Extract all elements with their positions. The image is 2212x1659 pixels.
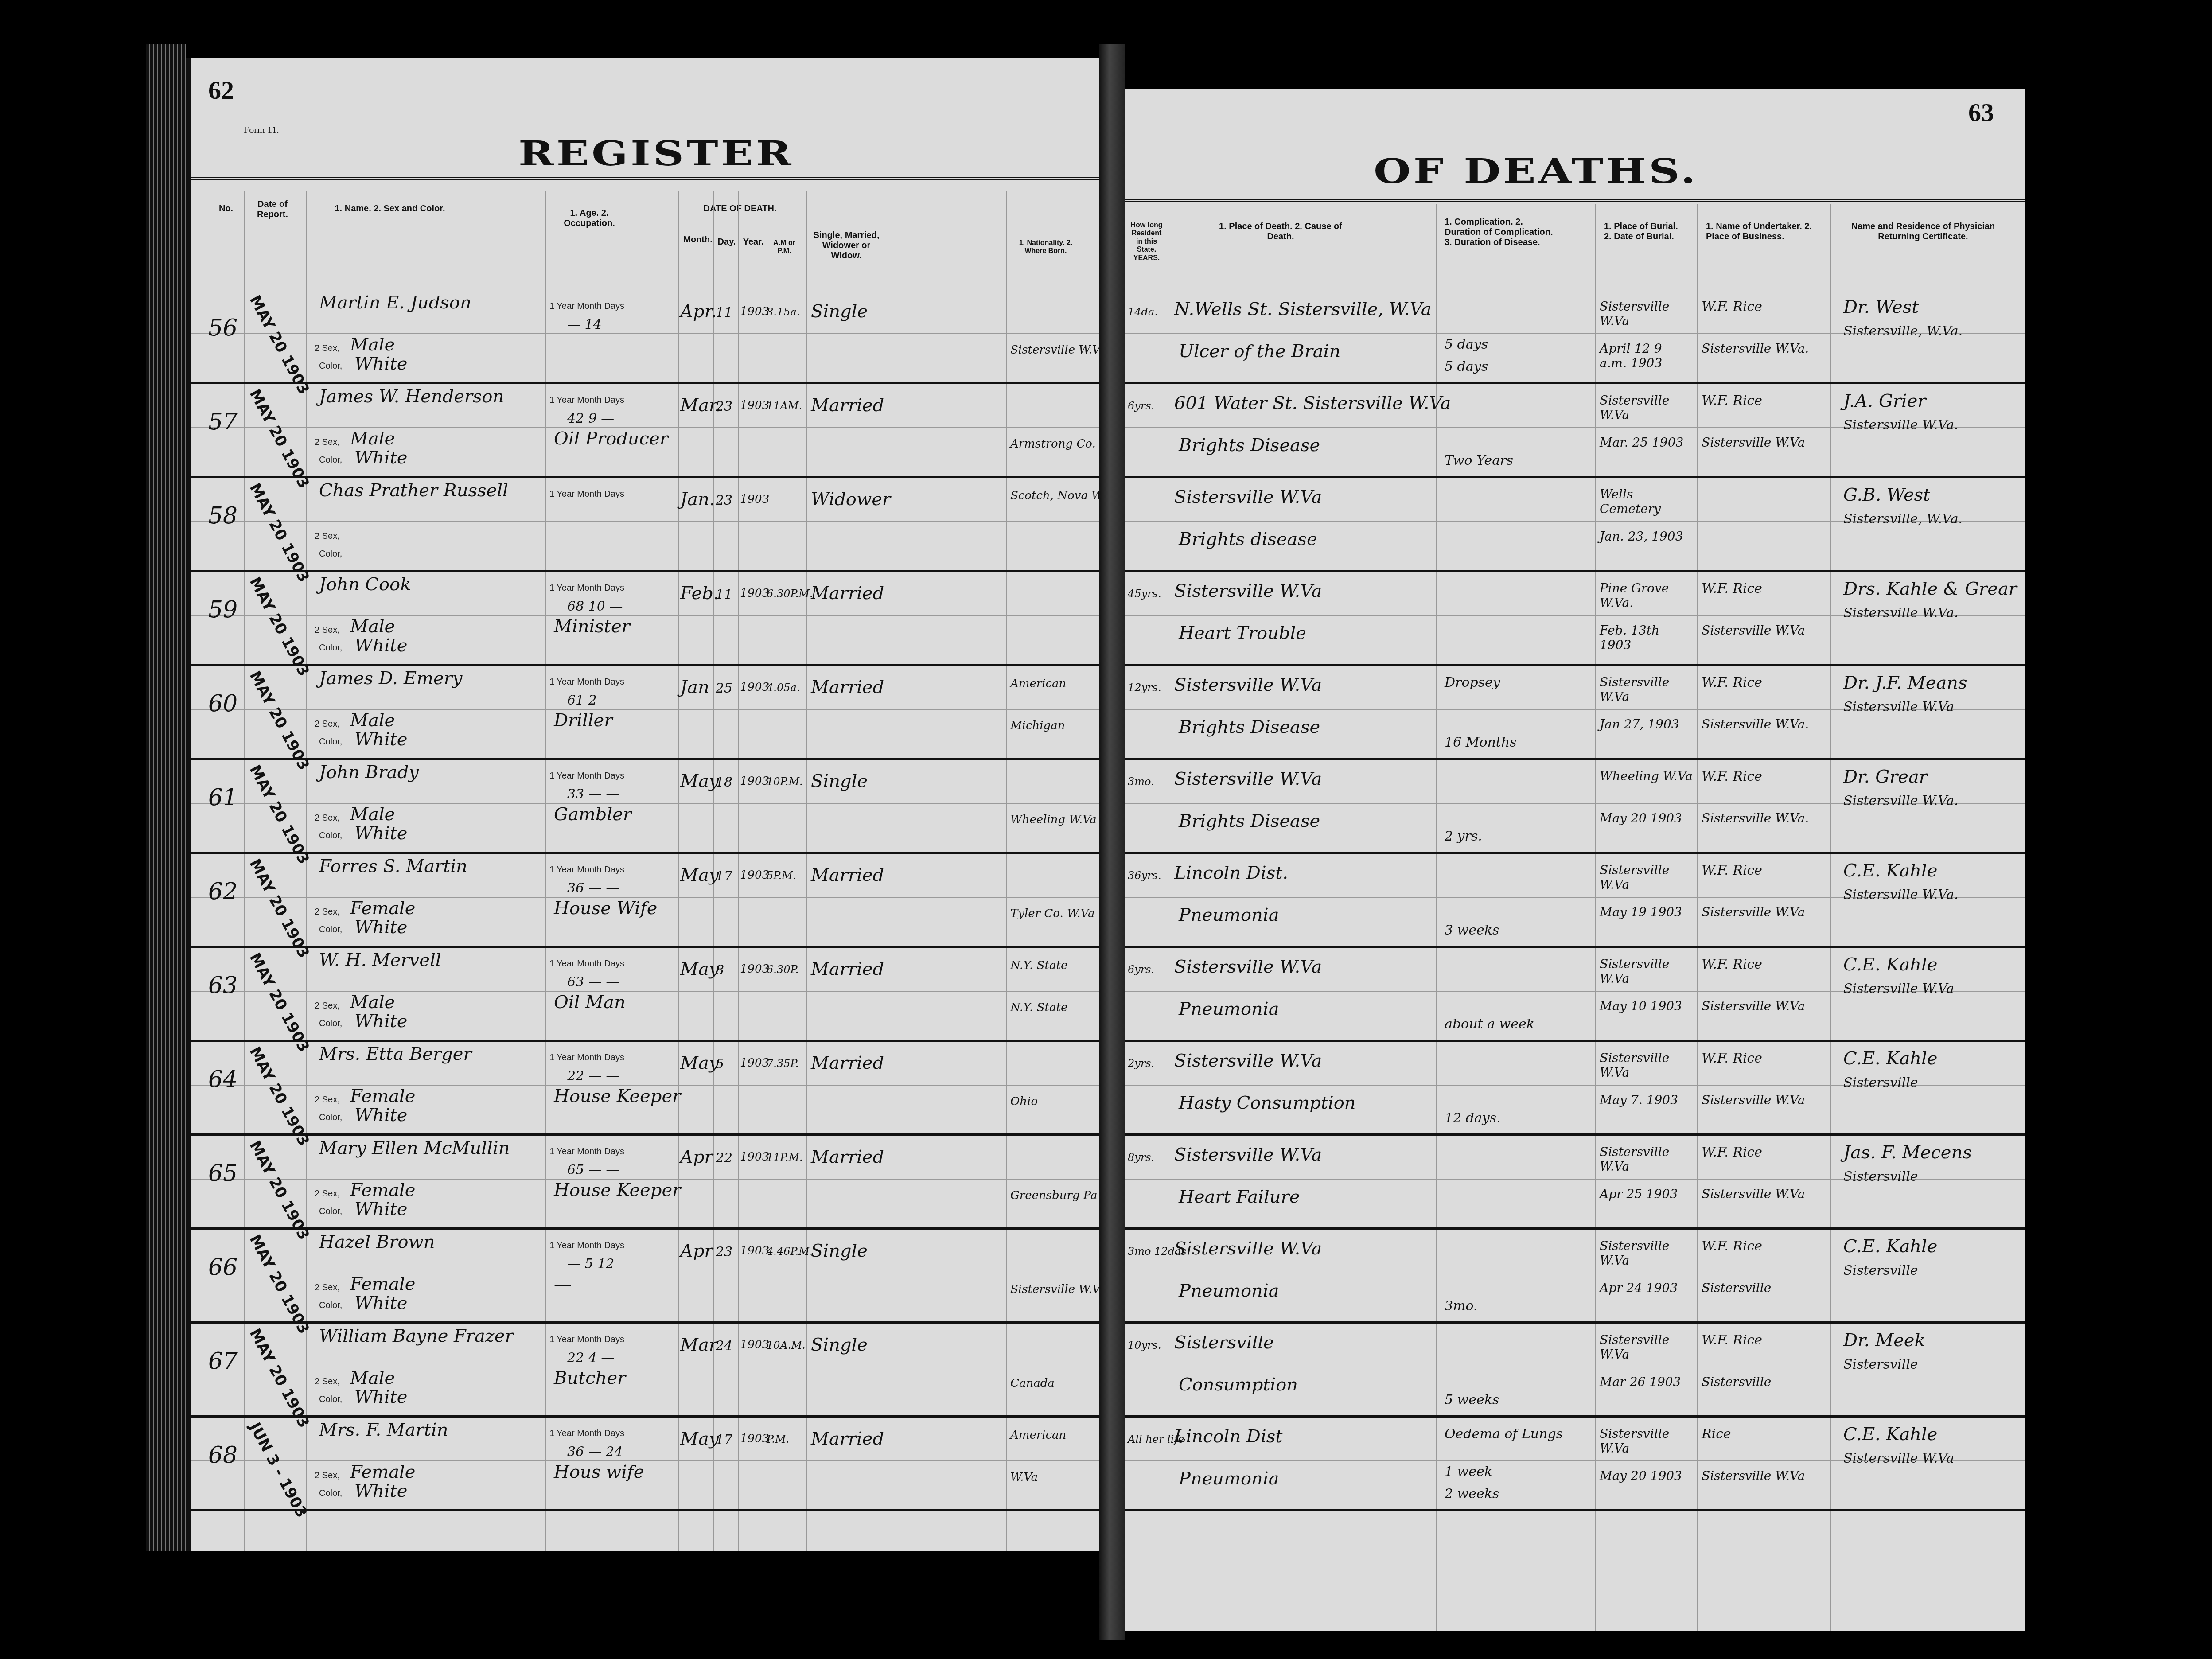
register-row: 66MAY 20 1903Hazel Brown2 Sex,FemaleColo… (191, 1227, 1103, 1324)
death-time: P.M. (767, 1433, 789, 1445)
physician-residence: Sistersville, W.Va. (1843, 323, 1963, 339)
place-of-burial: Wells Cemetery (1600, 487, 1693, 516)
duration-of-disease: 2 yrs. (1445, 829, 1482, 844)
cause-of-death: Hasty Consumption (1179, 1093, 1356, 1113)
death-year: 1903 (740, 399, 769, 412)
duration-of-disease: 16 Months (1445, 735, 1517, 750)
place-of-death: Sistersville W.Va (1174, 957, 1322, 977)
birthplace: W.Va (1010, 1471, 1038, 1484)
sex-value: Male (350, 335, 395, 355)
sex-label: 2 Sex, (315, 1283, 340, 1293)
register-row: 36yrs.Lincoln Dist.Pneumonia3 weeksSiste… (1125, 852, 2025, 948)
marital-status: Married (811, 395, 884, 416)
col-header-date-of-report: Date of Report. (248, 199, 297, 220)
place-of-burial: Wheeling W.Va (1600, 769, 1693, 783)
undertaker-business: Sistersville W.Va (1702, 435, 1826, 450)
birthplace: N.Y. State (1010, 1001, 1067, 1014)
residence-duration: 3mo. (1128, 775, 1154, 788)
sex-value: Male (350, 992, 395, 1013)
death-day: 23 (716, 399, 732, 414)
birthplace: Ohio (1010, 1095, 1038, 1108)
col-header-place-cause: 1. Place of Death. 2. Cause of Death. (1214, 222, 1347, 242)
physician-name: Jas. F. Mecens (1843, 1142, 1972, 1163)
ledger-page-edges (146, 44, 186, 1551)
death-month: Mar (680, 1335, 717, 1355)
duration-of-disease: 3mo. (1445, 1298, 1478, 1314)
date-of-burial: Apr 24 1903 (1600, 1281, 1693, 1295)
age-value: 42 9 — (567, 411, 614, 426)
deceased-name: John Cook (319, 574, 411, 595)
date-of-burial: May 10 1903 (1600, 999, 1693, 1013)
residence-duration: 45yrs. (1128, 588, 1161, 600)
occupation: Butcher (554, 1368, 626, 1388)
physician-name: Drs. Kahle & Grear (1843, 579, 2017, 599)
marital-status: Single (811, 1241, 868, 1261)
col-header-ampm: A.M or P.M. (767, 239, 802, 256)
death-year: 1903 (740, 1432, 769, 1445)
place-of-death: Sistersville W.Va (1174, 581, 1322, 601)
occupation: Oil Man (554, 992, 626, 1013)
physician-name: J.A. Grier (1843, 391, 1926, 411)
physician-name: C.E. Kahle (1843, 861, 1937, 881)
physician-residence: Sistersville (1843, 1263, 1918, 1278)
undertaker-name: W.F. Rice (1702, 1332, 1762, 1348)
deceased-name: Forres S. Martin (319, 856, 467, 876)
color-value: White (354, 448, 407, 468)
date-of-burial: Jan. 23, 1903 (1600, 529, 1693, 544)
color-label: Color, (319, 1113, 342, 1123)
age-field-labels: 1 Year Month Days (549, 865, 624, 875)
sex-label: 2 Sex, (315, 625, 340, 635)
deceased-name: John Brady (319, 762, 419, 783)
sex-value: Male (350, 710, 395, 731)
register-row: 61MAY 20 1903John Brady2 Sex,MaleColor,W… (191, 758, 1103, 854)
death-month: May (680, 1429, 719, 1449)
nationality: N.Y. State (1010, 959, 1067, 972)
birthplace: Michigan (1010, 719, 1065, 732)
death-day: 11 (716, 305, 732, 320)
cause-of-death: Brights Disease (1179, 811, 1320, 831)
death-time: 4.05a. (767, 682, 800, 694)
occupation: House Keeper (554, 1180, 681, 1200)
color-value: White (354, 1011, 407, 1032)
place-of-death: Sistersville W.Va (1174, 487, 1322, 507)
undertaker-business: Sistersville W.Va (1702, 1187, 1826, 1201)
undertaker-name: W.F. Rice (1702, 581, 1762, 596)
physician-residence: Sistersville W.Va (1843, 699, 1954, 715)
age-field-labels: 1 Year Month Days (549, 677, 624, 687)
marital-status: Single (811, 771, 868, 791)
residence-duration: 6yrs. (1128, 963, 1154, 976)
register-row: 8yrs.Sistersville W.VaHeart FailureSiste… (1125, 1133, 2025, 1230)
age-field-labels: 1 Year Month Days (549, 1147, 624, 1157)
register-row: 62MAY 20 1903Forres S. Martin2 Sex,Femal… (191, 852, 1103, 948)
place-of-death: 601 Water St. Sistersville W.Va (1174, 393, 1451, 413)
deceased-name: Mrs. F. Martin (319, 1420, 448, 1440)
sex-value: Male (350, 428, 395, 449)
death-year: 1903 (740, 587, 769, 600)
age-value: — 5 12 (567, 1256, 614, 1272)
color-value: White (354, 1481, 407, 1501)
date-of-burial: May 7. 1903 (1600, 1093, 1693, 1107)
cause-of-death: Brights Disease (1179, 435, 1320, 456)
death-time: 10P.M. (767, 775, 803, 788)
sex-label: 2 Sex, (315, 1095, 340, 1105)
marital-status: Married (811, 583, 884, 604)
undertaker-name: W.F. Rice (1702, 1051, 1762, 1066)
physician-name: Dr. West (1843, 297, 1919, 317)
color-value: White (354, 1387, 407, 1407)
duration-of-disease: 5 days (1445, 359, 1488, 374)
record-number: 56 (208, 315, 238, 341)
age-field-labels: 1 Year Month Days (549, 1241, 624, 1251)
age-value: 63 — — (567, 974, 619, 990)
residence-duration: 14da. (1128, 306, 1158, 318)
age-value: 36 — — (567, 880, 619, 896)
death-day: 24 (716, 1338, 732, 1354)
marital-status: Married (811, 1429, 884, 1449)
duration-of-disease: Two Years (1445, 453, 1513, 468)
col-header-nationality: 1. Nationality. 2. Where Born. (1015, 239, 1077, 256)
col-header-undertaker: 1. Name of Undertaker. 2. Place of Busin… (1706, 222, 1817, 242)
col-header-complication: 1. Complication. 2. Duration of Complica… (1445, 217, 1560, 248)
death-year: 1903 (740, 305, 769, 318)
undertaker-name: W.F. Rice (1702, 675, 1762, 690)
register-row: 3mo.Sistersville W.VaBrights Disease2 yr… (1125, 758, 2025, 854)
register-row: 67MAY 20 1903William Bayne Frazer2 Sex,M… (191, 1321, 1103, 1418)
record-number: 57 (208, 409, 238, 435)
death-day: 18 (716, 775, 732, 790)
col-header-year: Year. (740, 237, 767, 247)
death-day: 17 (716, 1432, 732, 1448)
col-header-burial: 1. Place of Burial. 2. Date of Burial. (1604, 222, 1684, 242)
death-month: May (680, 1053, 719, 1073)
occupation: Minister (554, 616, 630, 637)
sex-value: Male (350, 1368, 395, 1388)
death-day: 11 (716, 587, 732, 602)
death-year: 1903 (740, 1338, 769, 1351)
age-value: 36 — 24 (567, 1444, 623, 1460)
sex-value: Female (350, 898, 415, 919)
col-header-marital: Single, Married, Widower or Widow. (811, 230, 882, 261)
birthplace: Canada (1010, 1377, 1055, 1390)
sex-label: 2 Sex, (315, 1001, 340, 1011)
record-number: 60 (208, 690, 238, 717)
register-row: 6yrs.601 Water St. Sistersville W.VaBrig… (1125, 382, 2025, 478)
complication: Dropsey (1445, 675, 1500, 690)
cause-of-death: Pneumonia (1179, 999, 1279, 1019)
deceased-name: Mrs. Etta Berger (319, 1044, 472, 1064)
register-row: 68JUN 3 - 1903Mrs. F. Martin2 Sex,Female… (191, 1415, 1103, 1511)
date-of-report: JUN 3 - 1903 (246, 1420, 311, 1521)
color-label: Color, (319, 455, 342, 465)
death-month: Apr (680, 1241, 713, 1261)
place-of-burial: Sistersville W.Va (1600, 1051, 1693, 1080)
date-of-burial: Mar 26 1903 (1600, 1375, 1693, 1389)
physician-name: C.E. Kahle (1843, 954, 1937, 975)
sex-label: 2 Sex, (315, 1377, 340, 1387)
deceased-name: Chas Prather Russell (319, 480, 508, 501)
undertaker-name: W.F. Rice (1702, 863, 1762, 878)
age-value: 61 2 (567, 693, 597, 708)
register-row: 63MAY 20 1903W. H. Mervell2 Sex,MaleColo… (191, 946, 1103, 1042)
place-of-death: Sistersville W.Va (1174, 1145, 1322, 1165)
physician-name: Dr. Meek (1843, 1330, 1925, 1351)
age-field-labels: 1 Year Month Days (549, 771, 624, 781)
col-header-date-of-death: DATE OF DEATH. (682, 204, 798, 214)
col-header-month: Month. (682, 235, 713, 245)
record-number: 66 (208, 1254, 238, 1281)
age-value: 33 — — (567, 787, 619, 802)
undertaker-name: W.F. Rice (1702, 299, 1762, 315)
color-value: White (354, 823, 407, 844)
sex-value: Female (350, 1086, 415, 1106)
color-label: Color, (319, 1019, 342, 1029)
register-row: 6yrs.Sistersville W.VaPneumoniaabout a w… (1125, 946, 2025, 1042)
color-value: White (354, 1199, 407, 1219)
place-of-burial: Pine Grove W.Va. (1600, 581, 1693, 610)
duration-of-disease: 3 weeks (1445, 923, 1499, 938)
color-label: Color, (319, 643, 342, 653)
death-day: 8 (716, 962, 724, 978)
date-of-burial: April 12 9 a.m. 1903 (1600, 341, 1693, 370)
duration-of-complication: 5 days (1445, 337, 1488, 352)
sex-label: 2 Sex, (315, 813, 340, 823)
nationality: Scotch, Nova W.Va (1010, 489, 1103, 502)
color-label: Color, (319, 831, 342, 841)
death-year: 1903 (740, 962, 769, 976)
date-of-burial: May 20 1903 (1600, 1468, 1693, 1483)
cause-of-death: Brights disease (1179, 529, 1317, 549)
sex-label: 2 Sex, (315, 907, 340, 917)
death-year: 1903 (740, 868, 769, 882)
duration-of-complication: 1 week (1445, 1464, 1492, 1480)
deceased-name: William Bayne Frazer (319, 1326, 514, 1346)
death-month: Apr. (680, 301, 717, 322)
marital-status: Married (811, 677, 884, 697)
sex-label: 2 Sex, (315, 343, 340, 354)
place-of-death: Sistersville W.Va (1174, 1051, 1322, 1071)
physician-name: Dr. Grear (1843, 767, 1928, 787)
col-header-day: Day. (716, 237, 738, 247)
color-value: White (354, 917, 407, 938)
date-of-burial: Jan 27, 1903 (1600, 717, 1693, 732)
register-row: 10yrs.SistersvilleConsumption5 weeksSist… (1125, 1321, 2025, 1418)
sex-value: Female (350, 1274, 415, 1294)
physician-residence: Sistersville (1843, 1075, 1918, 1090)
physician-residence: Sistersville (1843, 1169, 1918, 1184)
deceased-name: W. H. Mervell (319, 950, 441, 970)
age-field-labels: 1 Year Month Days (549, 301, 624, 312)
undertaker-name: Rice (1702, 1426, 1731, 1442)
death-day: 23 (716, 1244, 732, 1260)
register-row: 56MAY 20 1903Martin E. Judson2 Sex,MaleC… (191, 288, 1103, 384)
register-row: 45yrs.Sistersville W.VaHeart TroublePine… (1125, 570, 2025, 666)
record-number: 67 (208, 1348, 238, 1375)
residence-duration: 12yrs. (1128, 682, 1161, 694)
occupation: House Keeper (554, 1086, 681, 1106)
register-row: 14da.N.Wells St. Sistersville, W.VaUlcer… (1125, 288, 2025, 384)
color-label: Color, (319, 737, 342, 747)
register-row: 12yrs.Sistersville W.VaBrights DiseaseDr… (1125, 664, 2025, 760)
death-month: May (680, 865, 719, 885)
undertaker-business: Sistersville (1702, 1281, 1826, 1295)
death-month: May (680, 771, 719, 791)
residence-duration: 36yrs. (1128, 869, 1161, 882)
undertaker-name: W.F. Rice (1702, 1238, 1762, 1254)
register-row: 64MAY 20 1903Mrs. Etta Berger2 Sex,Femal… (191, 1040, 1103, 1136)
place-of-death: N.Wells St. Sistersville, W.Va (1174, 299, 1432, 319)
place-of-death: Lincoln Dist. (1174, 863, 1288, 883)
physician-name: C.E. Kahle (1843, 1048, 1937, 1069)
nationality: American (1010, 677, 1066, 690)
duration-of-disease: 2 weeks (1445, 1486, 1499, 1502)
deceased-name: James D. Emery (319, 668, 462, 689)
age-value: 22 — — (567, 1068, 619, 1084)
physician-name: G.B. West (1843, 485, 1930, 505)
death-year: 1903 (740, 1150, 769, 1164)
cause-of-death: Pneumonia (1179, 1468, 1279, 1489)
record-number: 62 (208, 878, 238, 905)
col-header-physician: Name and Residence of Physician Returnin… (1839, 222, 2007, 242)
color-label: Color, (319, 1301, 342, 1311)
left-page: 62 Form 11. REGISTER No. Date of Report.… (186, 58, 1103, 1551)
record-number: 64 (208, 1066, 238, 1093)
place-of-burial: Sistersville W.Va (1600, 863, 1693, 892)
deceased-name: Hazel Brown (319, 1232, 435, 1252)
register-row: 2yrs.Sistersville W.VaHasty Consumption1… (1125, 1040, 2025, 1136)
register-row: 57MAY 20 1903James W. Henderson2 Sex,Mal… (191, 382, 1103, 478)
complication: Oedema of Lungs (1445, 1426, 1563, 1442)
death-time: 10A.M. (767, 1339, 806, 1351)
sex-label: 2 Sex, (315, 531, 340, 541)
col-header-name: 1. Name. 2. Sex and Color. (323, 204, 456, 214)
death-day: 23 (716, 493, 732, 508)
physician-name: C.E. Kahle (1843, 1236, 1937, 1257)
death-year: 1903 (740, 775, 769, 788)
sex-label: 2 Sex, (315, 1471, 340, 1481)
color-value: White (354, 1105, 407, 1125)
age-field-labels: 1 Year Month Days (549, 395, 624, 405)
death-month: May (680, 959, 719, 979)
occupation: Oil Producer (554, 428, 668, 449)
physician-residence: Sistersville W.Va. (1843, 417, 1959, 433)
death-time: 11AM. (767, 400, 802, 412)
death-month: Jan. (680, 489, 715, 510)
undertaker-name: W.F. Rice (1702, 957, 1762, 972)
record-number: 63 (208, 972, 238, 999)
occupation: Gambler (554, 804, 631, 825)
undertaker-business: Sistersville W.Va. (1702, 717, 1826, 732)
physician-residence: Sistersville W.Va. (1843, 887, 1959, 903)
death-year: 1903 (740, 681, 769, 694)
death-month: Mar. (680, 395, 721, 416)
place-of-burial: Sistersville W.Va (1600, 1238, 1693, 1268)
marital-status: Married (811, 959, 884, 979)
sex-label: 2 Sex, (315, 1189, 340, 1199)
age-value: 68 10 — (567, 599, 623, 614)
undertaker-name: W.F. Rice (1702, 1145, 1762, 1160)
duration-of-disease: 5 weeks (1445, 1392, 1499, 1408)
place-of-burial: Sistersville W.Va (1600, 957, 1693, 986)
sex-value: Male (350, 804, 395, 825)
page-number-left: 62 (208, 75, 234, 105)
birthplace: Sistersville W.Va (1010, 1283, 1103, 1296)
color-label: Color, (319, 925, 342, 935)
physician-residence: Sistersville W.Va (1843, 981, 1954, 997)
death-year: 1903 (740, 493, 769, 506)
deceased-name: Martin E. Judson (319, 292, 471, 313)
deceased-name: Mary Ellen McMullin (319, 1138, 510, 1158)
place-of-burial: Sistersville W.Va (1600, 1145, 1693, 1174)
cause-of-death: Heart Failure (1179, 1187, 1300, 1207)
col-header-resident: How long Resident in this State. YEARS. (1128, 222, 1165, 262)
marital-status: Married (811, 1053, 884, 1073)
of-deaths-title: OF DEATHS. (1374, 151, 1698, 191)
death-time: 11P.M. (767, 1151, 803, 1164)
physician-residence: Sistersville W.Va (1843, 1451, 1954, 1466)
duration-of-disease: 12 days. (1445, 1110, 1501, 1126)
place-of-burial: Sistersville W.Va (1600, 1332, 1693, 1362)
physician-residence: Sistersville W.Va. (1843, 793, 1959, 809)
color-value: White (354, 354, 407, 374)
undertaker-business: Sistersville W.Va (1702, 999, 1826, 1013)
place-of-burial: Sistersville W.Va (1600, 675, 1693, 704)
birthplace: Tyler Co. W.Va (1010, 907, 1094, 920)
death-time: 5P.M. (767, 869, 796, 882)
place-of-death: Sistersville (1174, 1332, 1274, 1353)
birthplace: Greensburg Pa (1010, 1189, 1098, 1202)
col-header-age: 1. Age. 2. Occupation. (554, 208, 625, 229)
cause-of-death: Ulcer of the Brain (1179, 341, 1340, 362)
color-label: Color, (319, 549, 342, 559)
death-day: 22 (716, 1150, 732, 1166)
death-year: 1903 (740, 1056, 769, 1070)
birthplace: Sistersville W.Va. (1010, 343, 1103, 357)
death-time: 6.30P. (767, 963, 798, 976)
col-header-no: No. (208, 204, 244, 214)
undertaker-name: W.F. Rice (1702, 769, 1762, 784)
date-of-burial: Mar. 25 1903 (1600, 435, 1693, 450)
color-label: Color, (319, 1394, 342, 1405)
register-row: 58MAY 20 1903Chas Prather Russell2 Sex,C… (191, 476, 1103, 572)
age-field-labels: 1 Year Month Days (549, 959, 624, 969)
sex-value: Female (350, 1180, 415, 1200)
marital-status: Married (811, 865, 884, 885)
death-month: Jan (680, 677, 709, 697)
register-row: All her lifeLincoln DistPneumoniaOedema … (1125, 1415, 2025, 1511)
place-of-death: Sistersville W.Va (1174, 675, 1322, 695)
occupation: Driller (554, 710, 612, 731)
place-of-burial: Sistersville W.Va (1600, 299, 1693, 328)
undertaker-business: Sistersville W.Va (1702, 1468, 1826, 1483)
duration-of-disease: about a week (1445, 1016, 1534, 1032)
register-row: 65MAY 20 1903Mary Ellen McMullin2 Sex,Fe… (191, 1133, 1103, 1230)
death-time: 6.30P.M. (767, 588, 813, 600)
color-label: Color, (319, 1488, 342, 1499)
record-number: 59 (208, 596, 238, 623)
marital-status: Widower (811, 489, 891, 510)
occupation: House Wife (554, 898, 657, 919)
color-value: White (354, 635, 407, 656)
marital-status: Single (811, 1335, 868, 1355)
age-field-labels: 1 Year Month Days (549, 489, 624, 499)
undertaker-business: Sistersville W.Va (1702, 905, 1826, 919)
record-number: 68 (208, 1442, 238, 1468)
cause-of-death: Pneumonia (1179, 1281, 1279, 1301)
residence-duration: 8yrs. (1128, 1151, 1154, 1164)
place-of-death: Lincoln Dist (1174, 1426, 1282, 1447)
